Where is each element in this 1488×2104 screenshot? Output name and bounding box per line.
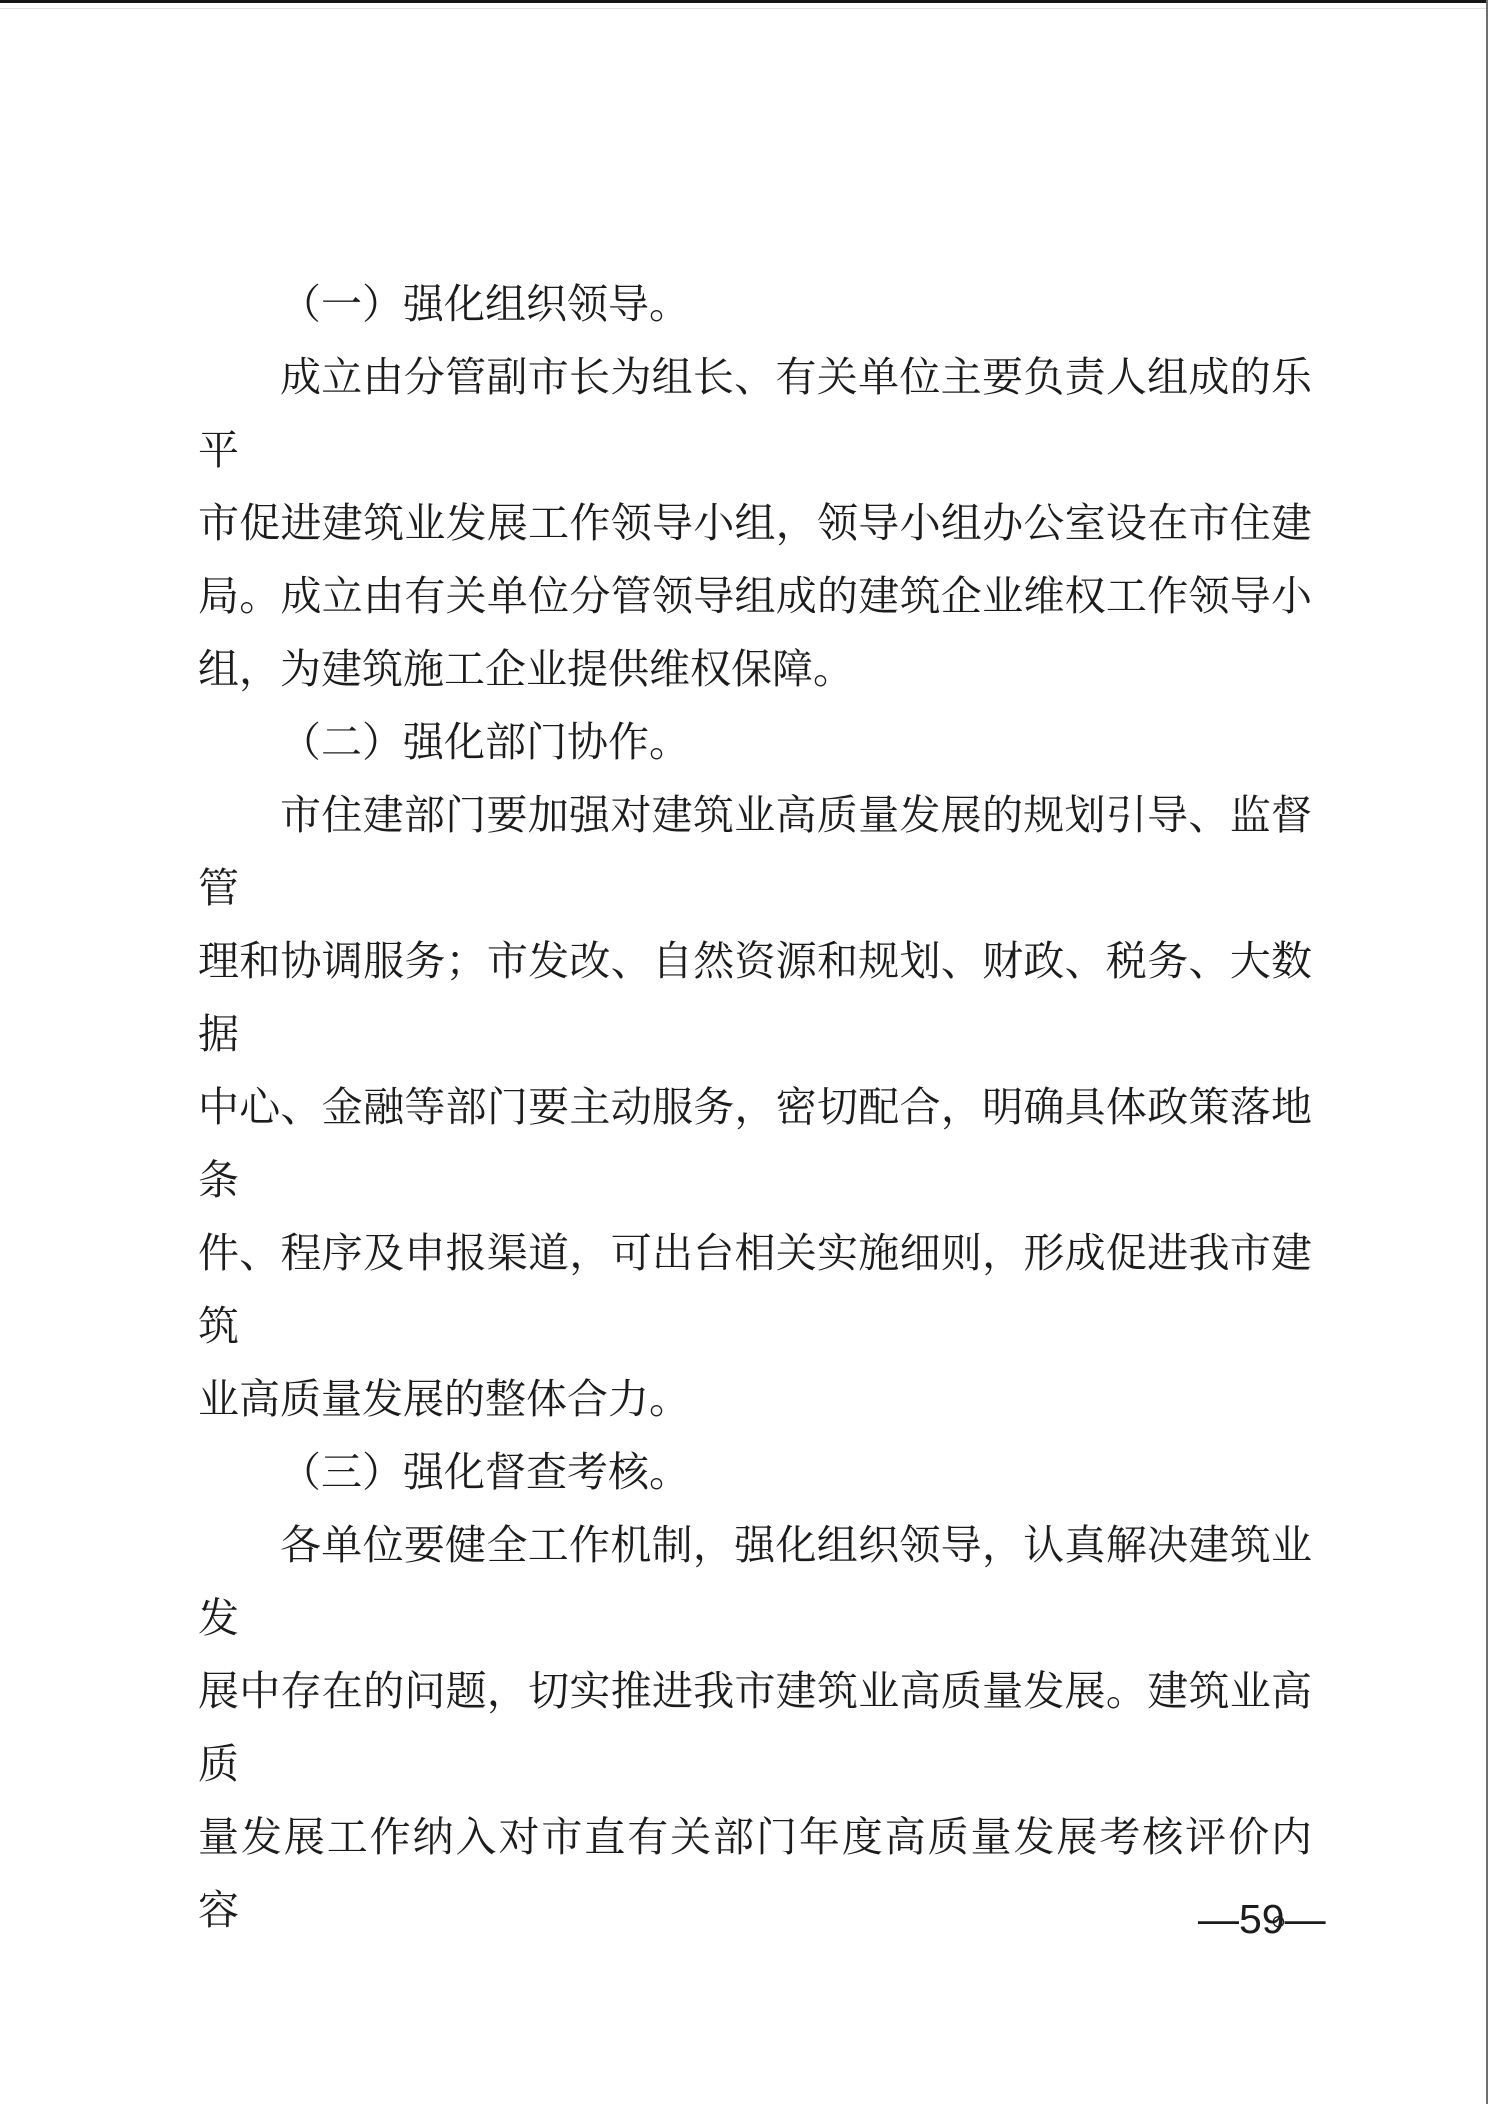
document-page: { "document": { "lines": [ { "text": "（一… <box>0 0 1488 2104</box>
text-line: 量发展工作纳入对市直有关部门年度高质量发展考核评价内容。 <box>198 1801 1312 1947</box>
text-line: 展中存在的问题，切实推进我市建筑业高质量发展。建筑业高质 <box>198 1655 1312 1801</box>
text-line: 件、程序及申报渠道，可出台相关实施细则，形成促进我市建筑 <box>198 1217 1312 1363</box>
text-line: 成立由分管副市长为组长、有关单位主要负责人组成的乐平 <box>198 341 1312 487</box>
text-line: 市促进建筑业发展工作领导小组，领导小组办公室设在市住建 <box>198 487 1312 560</box>
page-top-faint-line <box>0 8 1488 9</box>
section-heading-3: （三）强化督查考核。 <box>198 1436 1312 1509</box>
text-line: 市住建部门要加强对建筑业高质量发展的规划引导、监督管 <box>198 779 1312 925</box>
text-line: 各单位要健全工作机制，强化组织领导，认真解决建筑业发 <box>198 1509 1312 1655</box>
text-line: 业高质量发展的整体合力。 <box>198 1363 1312 1436</box>
page-number: —59— <box>1198 1894 1326 1944</box>
text-line: 局。成立由有关单位分管领导组成的建筑企业维权工作领导小 <box>198 560 1312 633</box>
text-line: 组，为建筑施工企业提供维权保障。 <box>198 633 1312 706</box>
section-heading-1: （一）强化组织领导。 <box>198 268 1312 341</box>
page-top-edge-line <box>0 0 1488 3</box>
section-heading-2: （二）强化部门协作。 <box>198 706 1312 779</box>
document-body: （一）强化组织领导。 成立由分管副市长为组长、有关单位主要负责人组成的乐平 市促… <box>198 268 1312 1947</box>
text-line: 理和协调服务；市发改、自然资源和规划、财政、税务、大数据 <box>198 925 1312 1071</box>
text-line: 中心、金融等部门要主动服务，密切配合，明确具体政策落地条 <box>198 1071 1312 1217</box>
